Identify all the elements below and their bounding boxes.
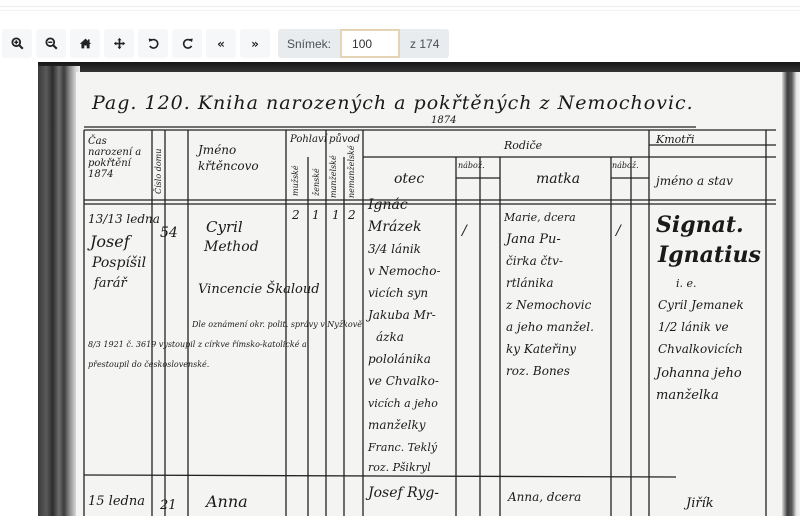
entry1-note-line1: Dle oznámení okr. polit. správy v Nyžkov… (192, 318, 362, 331)
header-birth-date: Čas narození a pokřtění 1874 (88, 136, 148, 180)
zoom-in-button[interactable] (2, 29, 32, 58)
father-line: vicích a jeho (368, 394, 438, 413)
father-line: 3/4 lánik (368, 240, 421, 259)
entry2-godparents: Jiřík (686, 494, 714, 513)
home-icon (79, 37, 92, 50)
mother-line: rtlánika (506, 274, 554, 293)
mother-line: ky Kateřiny (506, 340, 576, 359)
mother-line: roz. Bones (506, 362, 570, 381)
zoom-out-button[interactable] (36, 29, 66, 58)
header-mother: matka (536, 174, 580, 185)
entry1-father-religion: / (462, 222, 467, 241)
entry1-mark-4: 2 (348, 206, 356, 225)
godparent-line: 1/2 lánik ve (658, 318, 729, 337)
header-godparents-name: jméno a stav (656, 176, 733, 187)
mother-line: čirka čtv- (506, 252, 563, 271)
header-father: otec (394, 174, 424, 185)
father-line: Ignác (368, 196, 408, 215)
page-total: z 174 (400, 29, 449, 58)
entry1-date: 13/13 ledna (88, 210, 160, 229)
rotate-right-button[interactable] (172, 29, 202, 58)
mother-line: Jana Pu- (506, 230, 561, 249)
godparent-line: Chvalkovicích (658, 340, 743, 359)
entry1-mark-3: 1 (332, 206, 340, 225)
godparent-signature-2: Ignatius (658, 242, 761, 268)
register-page-scan: Pag. 120. Kniha narozených a pokřtěných … (76, 72, 782, 516)
entry1-house-number: 54 (160, 224, 178, 243)
zoom-out-icon (45, 37, 58, 50)
page-title: Pag. 120. Kniha narozených a pokřtěných … (92, 92, 694, 114)
godparent-line: Johanna jeho (656, 364, 742, 383)
father-line: v Nemocho- (368, 262, 441, 281)
rotate-left-icon (147, 37, 160, 50)
entry1-priest-first: Josef (90, 232, 130, 252)
entry1-mark-1: 2 (292, 206, 300, 225)
father-line: manželky (368, 416, 426, 435)
entry1-name-second: Method (204, 238, 259, 257)
entry2-date: 15 ledna (88, 492, 145, 511)
home-button[interactable] (70, 29, 100, 58)
father-line: pololánika (368, 350, 431, 369)
rotate-right-icon (181, 37, 194, 50)
header-origin-illegitimate: nemanželské (347, 145, 356, 198)
page-right-edge (782, 72, 800, 516)
header-origin-legitimate: manželské (329, 155, 338, 198)
book-spine-edge (38, 66, 80, 516)
next-page-button[interactable]: » (240, 29, 270, 58)
father-line: ve Chvalko- (368, 372, 439, 391)
chevrons-left-icon: « (217, 37, 225, 51)
godparent-signature-1: Signat. (656, 212, 744, 238)
father-line: Mrázek (368, 218, 422, 237)
entry1-note-line3: přestoupil do československé. (88, 358, 209, 371)
page-number-input[interactable] (340, 29, 400, 58)
header-child-name: Jméno křtěncovo (198, 142, 278, 174)
entry2-house-number: 21 (160, 496, 177, 515)
chevrons-right-icon: » (251, 37, 259, 51)
header-godparents: Kmotři (656, 134, 694, 145)
viewer-toolbar: « » Snímek: z 174 (2, 29, 449, 58)
image-viewer[interactable]: Pag. 120. Kniha narozených a pokřtěných … (38, 62, 800, 516)
mother-line: Marie, dcera (504, 208, 576, 227)
mother-line: z Nemochovic (506, 296, 591, 315)
entry2-mother: Anna, dcera (508, 488, 581, 507)
father-line: Jakuba Mr- (368, 306, 436, 325)
father-line: roz. Pšikryl (368, 458, 431, 477)
move-icon (113, 37, 126, 50)
page-year: 1874 (431, 115, 456, 126)
godparent-line: manželka (656, 386, 719, 405)
header-religion-father: nábož. (458, 160, 485, 171)
entry1-name-first: Cyril (206, 218, 243, 237)
top-header-strip (0, 0, 800, 14)
entry1-priest-last: Pospíšil (92, 254, 146, 273)
header-sex: Pohlaví (290, 134, 327, 145)
rotate-left-button[interactable] (138, 29, 168, 58)
header-divider (0, 6, 800, 7)
zoom-in-icon (11, 37, 24, 50)
entry2-name: Anna (206, 492, 248, 511)
header-divider (0, 10, 800, 11)
entry1-mark-2: 1 (312, 206, 320, 225)
entry1-priest-title: farář (94, 274, 127, 293)
previous-page-button[interactable]: « (206, 29, 236, 58)
page-label: Snímek: (278, 29, 340, 58)
header-sex-male: mužské (291, 165, 300, 196)
entry2-father: Josef Ryg- (368, 484, 439, 503)
header-house-number: Číslo domu (154, 149, 163, 194)
father-line: Franc. Teklý (368, 438, 437, 457)
page-navigator: Snímek: z 174 (278, 29, 449, 58)
header-parents: Rodiče (504, 140, 542, 151)
move-button[interactable] (104, 29, 134, 58)
header-origin: původ (329, 134, 360, 145)
mother-line: a jeho manžel. (506, 318, 594, 337)
entry1-note-line2: 8/3 1921 č. 3619 vystoupil z církve říms… (88, 338, 307, 351)
header-sex-female: ženské (312, 168, 321, 196)
header-religion-mother: nábož. (612, 160, 639, 171)
father-line: ázka (376, 328, 404, 347)
godparent-line: Cyril Jemanek (658, 296, 744, 315)
father-line: vicích syn (368, 284, 428, 303)
godparent-line: i. e. (676, 274, 697, 293)
entry1-name-third: Vincencie Škaloud (198, 280, 320, 299)
entry1-mother-religion: / (616, 222, 621, 241)
